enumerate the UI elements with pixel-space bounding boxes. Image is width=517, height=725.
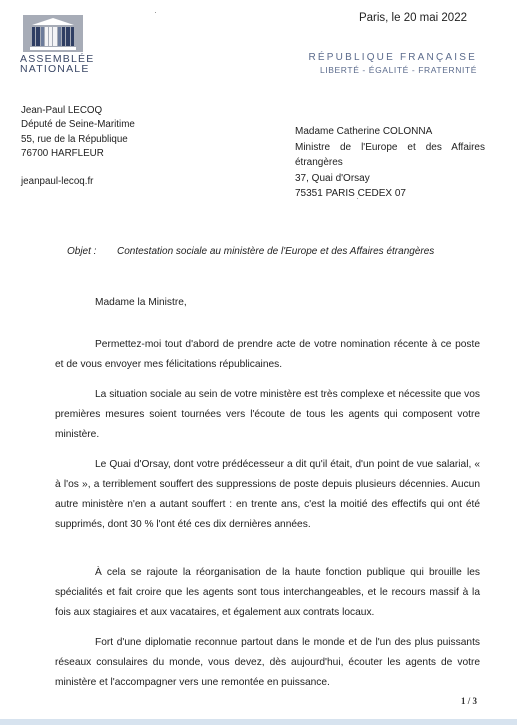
republic-motto: LIBERTÉ - ÉGALITÉ - FRATERNITÉ (309, 65, 477, 75)
scan-speck (357, 198, 358, 199)
subject-line: Objet : Contestation sociale au ministèr… (67, 246, 434, 257)
paragraph-5: Fort d'une diplomatie reconnue partout d… (55, 633, 480, 693)
sender-block: Jean-Paul LECOQ Député de Seine-Maritime… (21, 104, 135, 189)
paragraph-text: La situation sociale au sein de votre mi… (55, 385, 480, 445)
paragraph-text: Permettez-moi tout d'abord de prendre ac… (55, 335, 480, 375)
recipient-name: Madame Catherine COLONNA (295, 124, 485, 140)
recipient-title-line-1: Ministre de l'Europe et des Affaires (295, 140, 485, 156)
paragraph-3: Le Quai d'Orsay, dont votre prédécesseur… (55, 455, 480, 535)
recipient-title-line-2: étrangères (295, 155, 485, 171)
paragraph-text: À cela se rajoute la réorganisation de l… (55, 563, 480, 623)
recipient-street: 37, Quai d'Orsay (295, 171, 485, 187)
republic-header: RÉPUBLIQUE FRANÇAISE LIBERTÉ - ÉGALITÉ -… (309, 52, 477, 75)
subject-text: Contestation sociale au ministère de l'E… (117, 246, 434, 257)
salutation: Madame la Ministre, (95, 297, 187, 308)
viewer-bottom-edge (0, 719, 517, 725)
assemblee-nationale-logo: ASSEMBLÉE NATIONALE (20, 10, 88, 72)
paragraph-text: Le Quai d'Orsay, dont votre prédécesseur… (55, 455, 480, 535)
sender-title: Député de Seine-Maritime (21, 118, 135, 132)
sender-website-link[interactable]: jeanpaul-lecoq.fr (21, 175, 135, 189)
subject-label: Objet : (67, 246, 117, 257)
assemblee-nationale-emblem-icon (23, 15, 83, 52)
letter-date: Paris, le 20 mai 2022 (359, 12, 467, 24)
paragraph-4: À cela se rajoute la réorganisation de l… (55, 563, 480, 623)
sender-name: Jean-Paul LECOQ (21, 104, 135, 118)
paragraph-text: Fort d'une diplomatie reconnue partout d… (55, 633, 480, 693)
sender-city: 76700 HARFLEUR (21, 147, 135, 161)
logo-line-2: NATIONALE (20, 64, 88, 75)
recipient-block: Madame Catherine COLONNA Ministre de l'E… (295, 124, 485, 202)
recipient-city: 75351 PARIS CEDEX 07 (295, 186, 485, 202)
republic-title: RÉPUBLIQUE FRANÇAISE (309, 52, 477, 63)
sender-street: 55, rue de la République (21, 133, 135, 147)
paragraph-2: La situation sociale au sein de votre mi… (55, 385, 480, 445)
paragraph-1: Permettez-moi tout d'abord de prendre ac… (55, 335, 480, 375)
scan-speck (155, 12, 156, 13)
page-number: 1 / 3 (461, 696, 477, 706)
